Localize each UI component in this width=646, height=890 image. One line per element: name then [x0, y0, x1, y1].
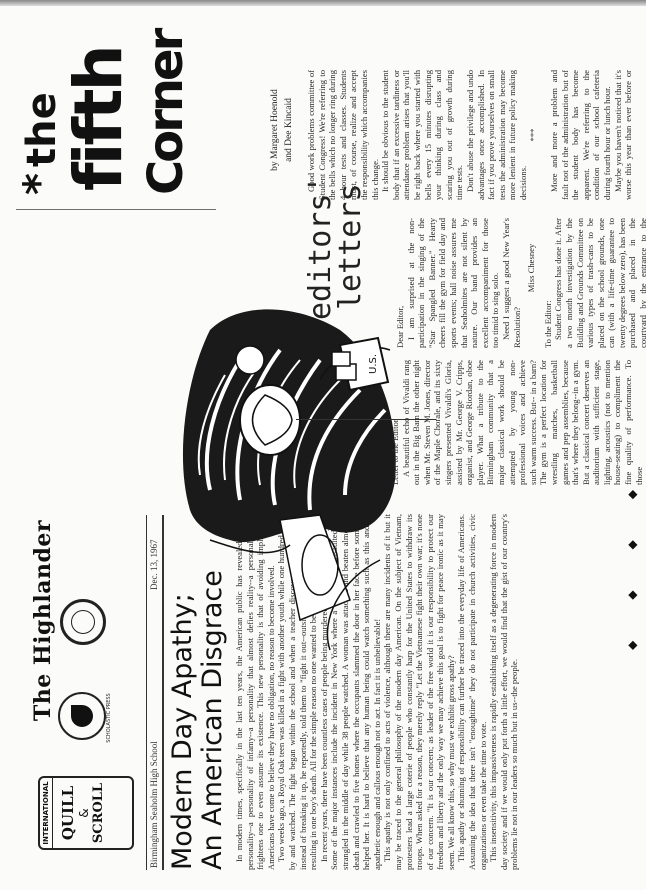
- column-paragraph: More and more a problem and fault not of…: [549, 70, 613, 200]
- page-edge-shadow: [0, 0, 646, 6]
- school-seal: [60, 599, 106, 645]
- bullet-icon: ◆: [625, 540, 640, 549]
- fifth-corner-byline: by Margaret Hoenold and Dee Kincaid: [268, 70, 296, 190]
- quill-and-scroll-emblem: INTERNATIONAL QUILL & SCROLL: [38, 776, 134, 850]
- dateline-rule-top: [146, 515, 147, 870]
- issue-date: Dec. 13, 1967: [149, 540, 159, 591]
- letter-paragraph: I am surprised at the non-participation …: [406, 218, 501, 348]
- column-paragraph: Maybe you haven't noticed that it's wors…: [613, 70, 636, 200]
- school-name: Birmingham Seaholm High School: [149, 741, 159, 868]
- fifth-corner-logo: * the fifth Corner: [18, 10, 253, 195]
- mailbag-illustration: U.S.: [330, 330, 390, 400]
- letter-paragraph: Student Congress has done it. After a tw…: [553, 218, 646, 348]
- asterisk-icon: *: [18, 173, 60, 195]
- newspaper-page: INTERNATIONAL QUILL & SCROLL SCHOLASTIC …: [0, 0, 646, 890]
- scholastic-press-seal: [58, 692, 106, 740]
- column-paragraph: Don't abuse the privilege and undo advan…: [465, 70, 529, 200]
- letter-salutation: To the Editor:: [543, 218, 554, 348]
- column-paragraph: It should be obvious to the student body…: [380, 70, 465, 200]
- letter-to-editor-2: Dear Editor, I am surprised at the non-p…: [395, 218, 646, 348]
- byline-line-1: by Margaret Hoenold: [268, 70, 282, 190]
- fifth-corner-column-1: Good work problems committee of Student …: [306, 70, 636, 200]
- svg-text:U.S.: U.S.: [368, 354, 379, 374]
- newspaper-title: The Highlander: [30, 520, 56, 740]
- quill-emblem-line1: QUILL: [59, 778, 77, 848]
- logo-word-the: the: [22, 92, 62, 167]
- press-seal-label: SCHOLASTIC PRESS: [106, 686, 112, 750]
- article-paragraph: This apathy or shunning of responsibilit…: [456, 514, 488, 870]
- column-divider: [16, 209, 216, 210]
- letter-signature: Miss Chesney: [526, 218, 537, 318]
- logo-word-fifth: fifth: [66, 47, 132, 191]
- byline-line-2: and Dee Kincaid: [282, 70, 296, 190]
- letter-body: A beautiful echo of Vivaldi rang out in …: [401, 360, 645, 485]
- letter-to-editor-1: Letter to the Editor A beautiful echo of…: [390, 360, 644, 485]
- letter-salutation: Dear Editor,: [395, 218, 406, 348]
- logo-word-corner: Corner: [136, 31, 196, 195]
- bullet-icon: ◆: [625, 591, 640, 600]
- section-bullets: ◆ ◆ ◆ ◆: [625, 490, 640, 650]
- bullet-icon: ◆: [625, 490, 640, 499]
- quill-emblem-top: INTERNATIONAL: [40, 778, 53, 848]
- quill-emblem-line2: SCROLL: [91, 778, 106, 848]
- bullet-icon: ◆: [625, 641, 640, 650]
- mailbag-icon: U.S.: [330, 330, 390, 400]
- section-separator: ***: [528, 70, 539, 200]
- dateline-rule-bottom: [162, 515, 164, 870]
- letter-salutation: Letter to the Editor: [390, 360, 401, 485]
- column-paragraph: Good work problems committee of Student …: [306, 70, 380, 200]
- quill-emblem-amp: &: [77, 778, 91, 848]
- article-paragraph: This insensitivity, this impassiveness i…: [488, 514, 520, 870]
- letter-paragraph: Need I suggest a good New Year's Resolut…: [501, 218, 522, 348]
